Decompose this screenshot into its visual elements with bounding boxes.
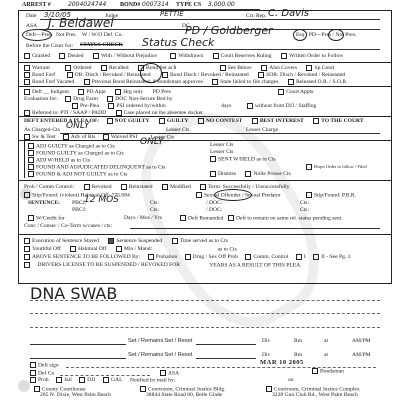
checkbox[interactable] [115, 89, 121, 95]
checkbox[interactable] [180, 215, 186, 221]
plea-inner-bracket [24, 140, 205, 178]
checkbox[interactable] [148, 254, 154, 260]
doc-label-2: / DOC: [206, 207, 222, 213]
above-sentence-row: ABOVE SENTENCE TO BE FOLLOWED By: Probat… [24, 254, 351, 260]
checkbox[interactable] [278, 89, 284, 95]
checkbox[interactable] [107, 96, 113, 102]
prob-row: Prob / Comm Control: Revoked Reinstated … [24, 184, 290, 190]
checkbox[interactable] [24, 53, 30, 59]
checkbox[interactable] [24, 254, 30, 260]
ruling-row: Granted Denied With / Without Prejudice … [24, 53, 343, 59]
checkbox[interactable] [30, 362, 36, 368]
checkbox[interactable] [162, 72, 168, 78]
dismiss-nolle-row: Dismiss Nolle Prosse Cts [210, 171, 291, 177]
checkbox[interactable] [24, 262, 30, 268]
checkbox[interactable] [162, 184, 168, 190]
checkbox[interactable] [24, 246, 30, 252]
deft-sign-option[interactable]: Deft sign [30, 362, 59, 368]
checkbox[interactable] [266, 386, 272, 392]
conc-label: Conc / Consec / Co-Term w/cases / cts: [24, 223, 112, 229]
checkbox[interactable] [261, 65, 267, 71]
credit-option[interactable]: W/Credit for [28, 215, 65, 221]
checkbox[interactable] [185, 254, 191, 260]
withdrawn-option[interactable]: Withdrawn [170, 53, 203, 59]
checkbox[interactable] [210, 171, 216, 177]
checkbox[interactable] [79, 377, 85, 383]
written-order-option[interactable]: Written Order to Follow [281, 53, 343, 59]
bond-row-1: Warrant Ordered Recalled Bond Set at $ S… [24, 65, 334, 71]
checkbox[interactable] [172, 238, 178, 244]
checkbox[interactable] [28, 215, 34, 221]
punch-hole [18, 380, 30, 392]
checkbox[interactable] [228, 215, 234, 221]
before-court-value[interactable]: Status Check [142, 36, 214, 49]
as-charged-value[interactable]: ONLY [66, 121, 89, 131]
checkbox[interactable] [196, 192, 202, 198]
pbcj2-label: PBCJ: [72, 207, 86, 213]
ampm-label-1: AM/PM [352, 338, 371, 344]
at-label-1: at [324, 338, 328, 344]
stip-prr-option[interactable]: Stip/Found: P.R.R. [306, 192, 356, 198]
checkbox[interactable] [30, 377, 36, 383]
checkbox[interactable] [281, 53, 287, 59]
def-co-option[interactable]: Def Co [30, 370, 54, 376]
circle-mark [293, 29, 307, 41]
div-label-2: Div [262, 352, 270, 358]
checkbox[interactable] [160, 370, 166, 376]
checkbox[interactable] [198, 118, 204, 124]
checkbox[interactable] [72, 103, 78, 109]
checkbox[interactable] [306, 65, 312, 71]
asa-option[interactable]: ASA [160, 370, 179, 376]
bond-row-3: Bond Forf Vacated Previous Bond Reinstat… [24, 79, 348, 85]
cts-label-4: Cts: [300, 207, 309, 213]
notify-row: Prob Jail DJJ GAL Notified by mail by: [30, 377, 175, 383]
deft-remain-option[interactable]: Deft to remain on same rel. status pendi… [228, 215, 343, 221]
before-court-struck: STATUS CHECK [80, 42, 123, 48]
checkbox[interactable] [212, 79, 218, 85]
denied-option[interactable]: Denied [59, 53, 83, 59]
checkbox[interactable] [306, 164, 312, 170]
on-label: on [288, 377, 294, 383]
checkbox[interactable] [24, 89, 30, 95]
bond-amount: 3,000.00 [208, 2, 235, 8]
date-label: Date [26, 13, 37, 19]
circle-mark [328, 29, 344, 41]
div-label-1: Div [262, 338, 270, 344]
checkbox[interactable] [312, 368, 318, 374]
checkbox[interactable] [170, 53, 176, 59]
checkbox[interactable] [24, 238, 30, 244]
indigent-row-1: Deft __ Indigent PD Appt Hrg only PD Pre… [24, 89, 313, 95]
checkbox[interactable] [78, 89, 84, 95]
prejudice-option[interactable]: With / Without Prejudice [93, 53, 157, 59]
checkbox[interactable] [24, 79, 30, 85]
checkbox[interactable] [306, 192, 312, 198]
location-gun-club[interactable]: Courtroom, Criminal Justice Complex 3228… [266, 386, 360, 398]
at-label-2: at [324, 352, 328, 358]
checkbox[interactable] [84, 79, 90, 85]
checkbox[interactable] [65, 65, 71, 71]
doc-label: / DOC: [206, 200, 222, 206]
bond-label: BOND# [120, 2, 140, 8]
checkbox[interactable] [24, 65, 30, 71]
checkbox[interactable] [247, 103, 253, 109]
asa-value[interactable]: J. Beldawel [48, 16, 114, 30]
checkbox[interactable] [252, 118, 258, 124]
checkbox[interactable] [159, 118, 165, 124]
checkbox[interactable] [220, 65, 226, 71]
indigent-row-2: Evaluation for: Drug Farm DOC Non-Secure… [24, 96, 173, 102]
checkbox[interactable] [108, 238, 114, 244]
checkbox[interactable] [258, 72, 264, 78]
set-label-1: Set / Remains Set / Reset [128, 338, 192, 344]
lesser-cts-3: Lesser Cts [210, 142, 233, 148]
checkbox[interactable] [245, 171, 251, 177]
judge-value[interactable]: PETTIE [160, 10, 184, 18]
checkbox[interactable] [70, 246, 76, 252]
checkbox[interactable] [121, 184, 127, 190]
checkbox[interactable] [296, 254, 302, 260]
as-charged-label: As Charged-Cts [24, 127, 60, 133]
checkbox[interactable] [140, 386, 146, 392]
wwo-defco-label: W / W/O Def. Co. [82, 32, 123, 38]
checkbox[interactable] [84, 184, 90, 190]
lesser-cts-4: Lesser Cts [210, 149, 233, 155]
checkbox[interactable] [56, 377, 62, 383]
checkbox[interactable] [245, 254, 251, 260]
checkbox[interactable] [101, 65, 107, 71]
checkbox[interactable] [313, 254, 319, 260]
youthful-row: Youthful Off Habitual Off Min / Mand: as… [24, 246, 237, 252]
deft-remanded-option[interactable]: Deft Remanded [180, 215, 223, 221]
checkbox[interactable] [30, 370, 36, 376]
rm-label-2: Rm [294, 352, 302, 358]
pbcj-value[interactable]: 12 MOS [84, 195, 119, 205]
checkbox[interactable] [210, 156, 216, 162]
type-label: TYPE CS [176, 2, 201, 8]
crt-rep-value[interactable]: C. Davis [268, 8, 309, 19]
indigent-row-3: Pre-Plea PSI ordered by/within days with… [72, 103, 316, 109]
before-court-label: Before the Court for: [26, 43, 73, 49]
date-stamp: MAR 10 2005 [260, 360, 304, 366]
checkbox[interactable] [116, 246, 122, 252]
checkbox[interactable] [24, 72, 30, 78]
checkbox[interactable] [107, 118, 113, 124]
checkbox[interactable] [67, 72, 73, 78]
location-county[interactable]: County Courthouse 205 N. Dixie, West Pal… [34, 386, 111, 398]
arrest-label: ARREST # [22, 2, 51, 8]
checkbox[interactable] [65, 96, 71, 102]
deft-pres-label: Deft—Pres [26, 32, 51, 38]
bond-number: 0007314 [142, 2, 169, 8]
days-label: Days / Mos / Yrs [124, 215, 162, 221]
cts-label-3: Cts: [150, 207, 159, 213]
deft-notpres-label: Not Pres. [56, 32, 77, 38]
granted-option[interactable]: Granted [24, 53, 50, 59]
checkbox[interactable] [313, 118, 319, 124]
checkbox[interactable] [108, 103, 114, 109]
license-row: DRIVERS LICENSE TO BE SUSPENDED / REVOKE… [24, 262, 302, 268]
bond-row-2: Bond Forf OR: Disch / Revoked / Reinstat… [24, 72, 345, 78]
cts-label-2: Cts: [300, 200, 309, 206]
checkbox[interactable] [24, 192, 30, 198]
ampm-label-2: AM/PM [352, 352, 371, 358]
checkbox[interactable] [59, 53, 65, 59]
checkbox[interactable] [93, 53, 99, 59]
rm-label-1: Rm [294, 338, 302, 344]
execution-row: Execution of Sentence Stayed Sentence Su… [24, 238, 228, 244]
checkbox[interactable] [200, 184, 206, 190]
cts-label: Cts: [150, 200, 159, 206]
bondsman-option[interactable]: Bondsman [312, 368, 344, 374]
dispo-order-option[interactable]: Dispo Order to follow / Filed [306, 164, 367, 170]
checkbox[interactable] [288, 79, 294, 85]
checkbox[interactable] [103, 377, 109, 383]
checkbox[interactable] [34, 386, 40, 392]
set-label-2: Set / Remains Set / Reset [128, 352, 192, 358]
checkbox[interactable] [213, 53, 219, 59]
location-belle-glade[interactable]: Courtroom, Criminal Justice Bldg. 38844 … [140, 386, 226, 398]
sent-wheld-option[interactable]: SENT W/HELD as to Cts [210, 156, 276, 162]
reserves-ruling-option[interactable]: Court Reserves Ruling [213, 53, 272, 59]
arrest-number: 2004024744 [68, 2, 106, 8]
sentence-label: SENTENCE: [28, 200, 60, 206]
